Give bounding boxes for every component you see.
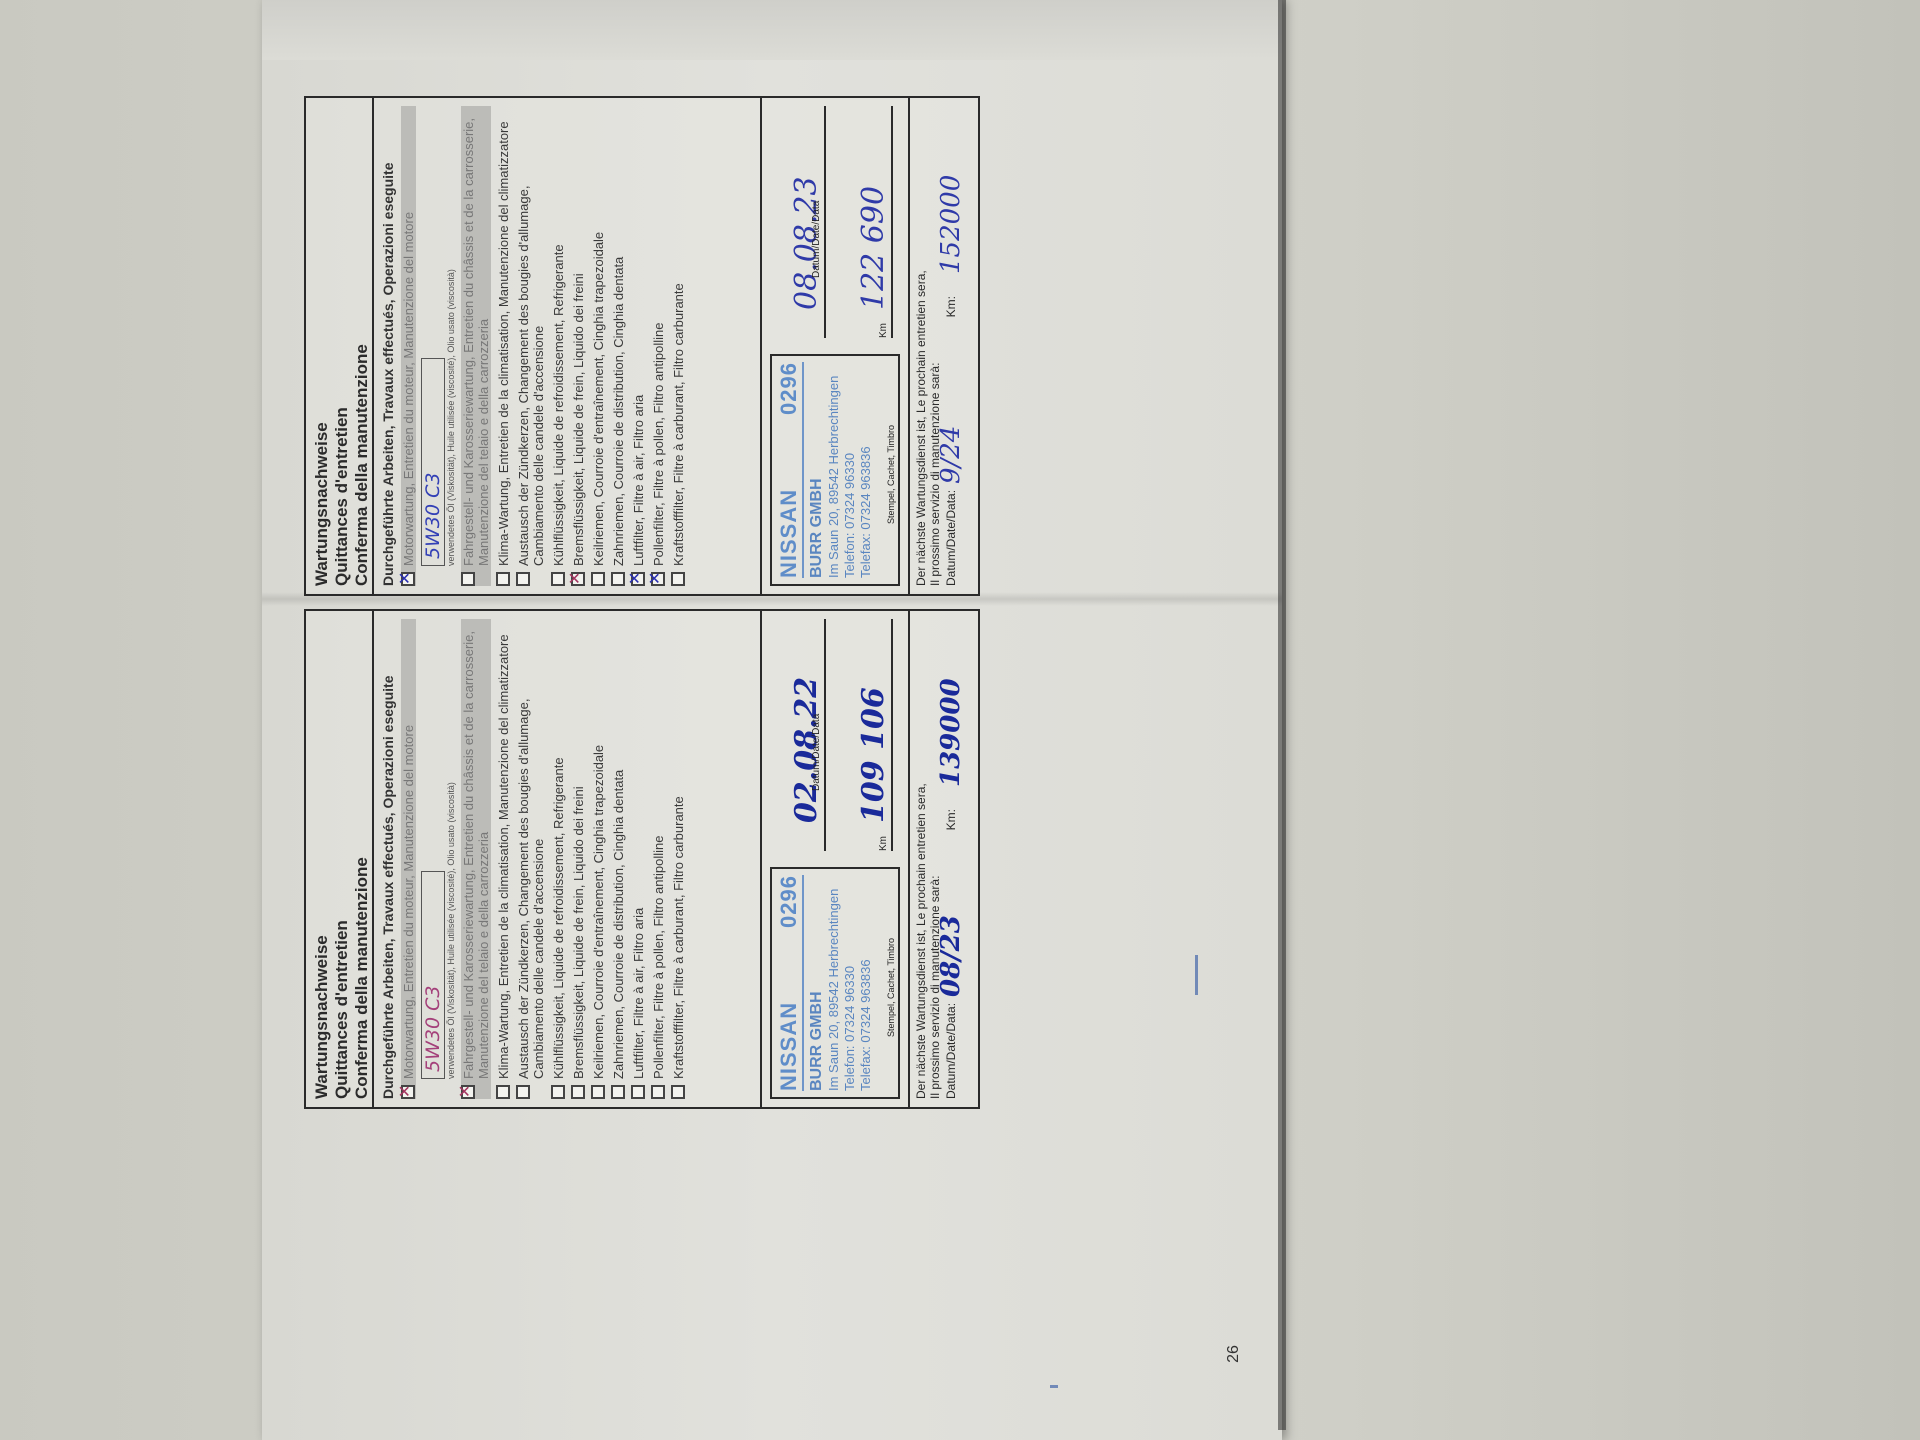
dealer-fax: Telefax: 07324 963836: [858, 875, 874, 1091]
service-item[interactable]: Keilriemen, Courroie d'entraînement, Cin…: [591, 106, 606, 586]
maintenance-record-1: Wartungsnachweise Quittances d'entretien…: [304, 609, 980, 1109]
work-performed: Durchgeführte Arbeiten, Travaux effectué…: [374, 98, 762, 594]
engine-service-item[interactable]: Motorwartung, Entretien du moteur, Manut…: [401, 619, 416, 1099]
service-km-label: Km: [878, 836, 889, 851]
service-item-label: Klima-Wartung, Entretien de la climatisa…: [496, 634, 511, 1079]
next-service-line1: Der nächste Wartungsdienst ist, Le proch…: [914, 106, 928, 586]
booklet-edge: [1278, 0, 1286, 1430]
dealer-phone: Telefon: 07324 96330: [842, 875, 858, 1091]
maintenance-record-2: Wartungsnachweise Quittances d'entretien…: [304, 96, 980, 596]
next-km-label: Km:: [944, 296, 958, 317]
service-item-checkbox[interactable]: [516, 572, 530, 586]
dealer-phone: Telefon: 07324 96330: [842, 362, 858, 578]
service-item[interactable]: Luftfilter, Filtre à air, Filtro aria: [631, 619, 646, 1099]
service-item-checkbox[interactable]: [651, 572, 665, 586]
service-km-field[interactable]: Km 109 106: [845, 619, 893, 851]
service-item-label: Keilriemen, Courroie d'entraînement, Cin…: [591, 745, 606, 1079]
service-item-label: Kühlflüssigkeit, Liquide de refroidissem…: [551, 244, 566, 566]
service-item-label: Zahnriemen, Courroie de distribution, Ci…: [611, 257, 626, 566]
service-date-label: Datum/Date/Data: [811, 201, 822, 278]
service-item-label: Pollenfilter, Filtre à pollen, Filtro an…: [651, 322, 666, 566]
oil-value[interactable]: 5W30 C3: [421, 358, 445, 566]
oil-caption: verwendetes Öl (Viskosität), Huile utili…: [446, 106, 456, 566]
next-service: Der nächste Wartungsdienst ist, Le proch…: [910, 98, 982, 594]
engine-service-item[interactable]: Motorwartung, Entretien du moteur, Manut…: [401, 106, 416, 586]
service-item-label: Kühlflüssigkeit, Liquide de refroidissem…: [551, 757, 566, 1079]
service-item-checkbox[interactable]: [611, 1085, 625, 1099]
stamp-date-section: NISSAN 0296 BURR GMBH Im Saun 20, 89542 …: [762, 98, 910, 594]
service-item-label: Luftfilter, Filtre à air, Filtro aria: [631, 908, 646, 1079]
engine-service-checkbox[interactable]: [401, 1085, 415, 1099]
dealer-code: 0296: [776, 362, 802, 415]
service-date-label: Datum/Date/Data: [811, 714, 822, 791]
chassis-service-label: Fahrgestell- und Karosseriewartung, Entr…: [461, 619, 491, 1079]
next-date-label: Datum/Date/Data:: [944, 490, 958, 586]
pen-mark: [1195, 955, 1198, 995]
service-item-checkbox[interactable]: [571, 572, 585, 586]
service-km-value: 109 106: [856, 687, 891, 823]
service-item-checkbox[interactable]: [631, 1085, 645, 1099]
next-date-value[interactable]: 08/23: [944, 915, 958, 997]
service-item-checkbox[interactable]: [496, 1085, 510, 1099]
date-km-fields: 02.08.22 Datum/Date/Data Km 109 106: [762, 611, 908, 859]
oil-value[interactable]: 5W30 C3: [421, 871, 445, 1079]
service-item-checkbox[interactable]: [671, 572, 685, 586]
stamp-label: Stempel, Cachet, Timbro: [886, 938, 896, 1037]
dealer-address: Im Saun 20, 89542 Herbrechtingen: [826, 875, 842, 1091]
service-item[interactable]: Pollenfilter, Filtre à pollen, Filtro an…: [651, 619, 666, 1099]
next-service: Der nächste Wartungsdienst ist, Le proch…: [910, 611, 982, 1107]
next-date-value[interactable]: 9/24: [944, 426, 958, 484]
service-item[interactable]: Bremsflüssigkeit, Liquide de frein, Liqu…: [571, 106, 586, 586]
header-de: Wartungsnachweise: [312, 619, 332, 1099]
stamp-brand: NISSAN 0296: [776, 875, 804, 1091]
service-item-checkbox[interactable]: [516, 1085, 530, 1099]
service-item-checkbox[interactable]: [591, 1085, 605, 1099]
chassis-service-label: Fahrgestell- und Karosseriewartung, Entr…: [461, 106, 491, 566]
header-fr: Quittances d'entretien: [332, 619, 352, 1099]
service-item-checkbox[interactable]: [671, 1085, 685, 1099]
brand-name: NISSAN: [776, 489, 802, 578]
oil-field: 5W30 C3 verwendetes Öl (Viskosität), Hui…: [421, 619, 456, 1079]
service-item[interactable]: Austausch der Zündkerzen, Changement des…: [516, 619, 546, 1099]
service-item-label: Zahnriemen, Courroie de distribution, Ci…: [611, 770, 626, 1079]
header-it: Conferma della manutenzione: [352, 619, 372, 1099]
chassis-service-item[interactable]: Fahrgestell- und Karosseriewartung, Entr…: [461, 106, 491, 586]
service-km-field[interactable]: Km 122 690: [845, 106, 893, 338]
next-km-label: Km:: [944, 809, 958, 830]
chassis-service-checkbox[interactable]: [461, 1085, 475, 1099]
dealer-name: BURR GMBH: [808, 875, 826, 1091]
dealer-name: BURR GMBH: [808, 362, 826, 578]
service-item[interactable]: Klima-Wartung, Entretien de la climatisa…: [496, 619, 511, 1099]
service-item-checkbox[interactable]: [591, 572, 605, 586]
work-title: Durchgeführte Arbeiten, Travaux effectué…: [380, 619, 396, 1099]
next-km-value[interactable]: 152000: [944, 175, 958, 274]
service-item-label: Kraftstofffilter, Filtre à carburant, Fi…: [671, 796, 686, 1079]
service-item-checkbox[interactable]: [651, 1085, 665, 1099]
service-item-checkbox[interactable]: [571, 1085, 585, 1099]
service-item[interactable]: Austausch der Zündkerzen, Changement des…: [516, 106, 546, 586]
service-item[interactable]: Kraftstofffilter, Filtre à carburant, Fi…: [671, 619, 686, 1099]
dealer-code: 0296: [776, 875, 802, 928]
stamp-date-section: NISSAN 0296 BURR GMBH Im Saun 20, 89542 …: [762, 611, 910, 1107]
next-km-value[interactable]: 139000: [944, 678, 958, 787]
service-item[interactable]: Klima-Wartung, Entretien de la climatisa…: [496, 106, 511, 586]
dealer-stamp: NISSAN 0296 BURR GMBH Im Saun 20, 89542 …: [770, 867, 900, 1099]
service-date-field[interactable]: 02.08.22 Datum/Date/Data: [778, 619, 826, 851]
chassis-service-checkbox[interactable]: [461, 572, 475, 586]
dealer-fax: Telefax: 07324 963836: [858, 362, 874, 578]
service-item[interactable]: Luftfilter, Filtre à air, Filtro aria: [631, 106, 646, 586]
service-item[interactable]: Zahnriemen, Courroie de distribution, Ci…: [611, 106, 626, 586]
service-item[interactable]: Zahnriemen, Courroie de distribution, Ci…: [611, 619, 626, 1099]
engine-service-label: Motorwartung, Entretien du moteur, Manut…: [401, 725, 416, 1079]
service-item-label: Pollenfilter, Filtre à pollen, Filtro an…: [651, 835, 666, 1079]
service-item[interactable]: Pollenfilter, Filtre à pollen, Filtro an…: [651, 106, 666, 586]
service-date-field[interactable]: 08.08.23 Datum/Date/Data: [778, 106, 826, 338]
date-km-fields: 08.08.23 Datum/Date/Data Km 122 690: [762, 98, 908, 346]
service-km-label: Km: [878, 323, 889, 338]
service-item-checkbox[interactable]: [631, 572, 645, 586]
stamp-label: Stempel, Cachet, Timbro: [886, 425, 896, 524]
service-item[interactable]: Kühlflüssigkeit, Liquide de refroidissem…: [551, 619, 566, 1099]
engine-service-label: Motorwartung, Entretien du moteur, Manut…: [401, 212, 416, 566]
engine-service-checkbox[interactable]: [401, 572, 415, 586]
header-it: Conferma della manutenzione: [352, 106, 372, 586]
service-item-checkbox[interactable]: [551, 1085, 565, 1099]
service-item-checkbox[interactable]: [611, 572, 625, 586]
service-item-label: Austausch der Zündkerzen, Changement des…: [516, 619, 546, 1079]
work-performed: Durchgeführte Arbeiten, Travaux effectué…: [374, 611, 762, 1107]
header-fr: Quittances d'entretien: [332, 106, 352, 586]
header-de: Wartungsnachweise: [312, 106, 332, 586]
dealer-stamp: NISSAN 0296 BURR GMBH Im Saun 20, 89542 …: [770, 354, 900, 586]
pen-mark: [1050, 1385, 1058, 1388]
service-item[interactable]: Keilriemen, Courroie d'entraînement, Cin…: [591, 619, 606, 1099]
service-km-value: 122 690: [856, 186, 891, 310]
service-item-label: Bremsflüssigkeit, Liquide de frein, Liqu…: [571, 786, 586, 1079]
booklet-top-edge: [262, 0, 1282, 60]
brand-name: NISSAN: [776, 1002, 802, 1091]
form-header: Wartungsnachweise Quittances d'entretien…: [306, 611, 374, 1107]
service-items-list: Klima-Wartung, Entretien de la climatisa…: [496, 619, 686, 1099]
oil-caption: verwendetes Öl (Viskosität), Huile utili…: [446, 619, 456, 1079]
service-item-checkbox[interactable]: [551, 572, 565, 586]
next-service-line1: Der nächste Wartungsdienst ist, Le proch…: [914, 619, 928, 1099]
stamp-brand: NISSAN 0296: [776, 362, 804, 578]
service-item[interactable]: Kühlflüssigkeit, Liquide de refroidissem…: [551, 106, 566, 586]
oil-field: 5W30 C3 verwendetes Öl (Viskosität), Hui…: [421, 106, 456, 566]
service-item-label: Kraftstofffilter, Filtre à carburant, Fi…: [671, 283, 686, 566]
service-item-label: Austausch der Zündkerzen, Changement des…: [516, 106, 546, 566]
service-item-label: Bremsflüssigkeit, Liquide de frein, Liqu…: [571, 273, 586, 566]
chassis-service-item[interactable]: Fahrgestell- und Karosseriewartung, Entr…: [461, 619, 491, 1099]
page-number: 26: [1225, 1345, 1243, 1363]
service-item-label: Luftfilter, Filtre à air, Filtro aria: [631, 395, 646, 566]
service-items-list: Klima-Wartung, Entretien de la climatisa…: [496, 106, 686, 586]
work-title: Durchgeführte Arbeiten, Travaux effectué…: [380, 106, 396, 586]
next-date-label: Datum/Date/Data:: [944, 1003, 958, 1099]
dealer-address: Im Saun 20, 89542 Herbrechtingen: [826, 362, 842, 578]
service-item[interactable]: Bremsflüssigkeit, Liquide de frein, Liqu…: [571, 619, 586, 1099]
service-item-label: Keilriemen, Courroie d'entraînement, Cin…: [591, 232, 606, 566]
service-item-checkbox[interactable]: [496, 572, 510, 586]
form-header: Wartungsnachweise Quittances d'entretien…: [306, 98, 374, 594]
service-item-label: Klima-Wartung, Entretien de la climatisa…: [496, 121, 511, 566]
service-item[interactable]: Kraftstofffilter, Filtre à carburant, Fi…: [671, 106, 686, 586]
